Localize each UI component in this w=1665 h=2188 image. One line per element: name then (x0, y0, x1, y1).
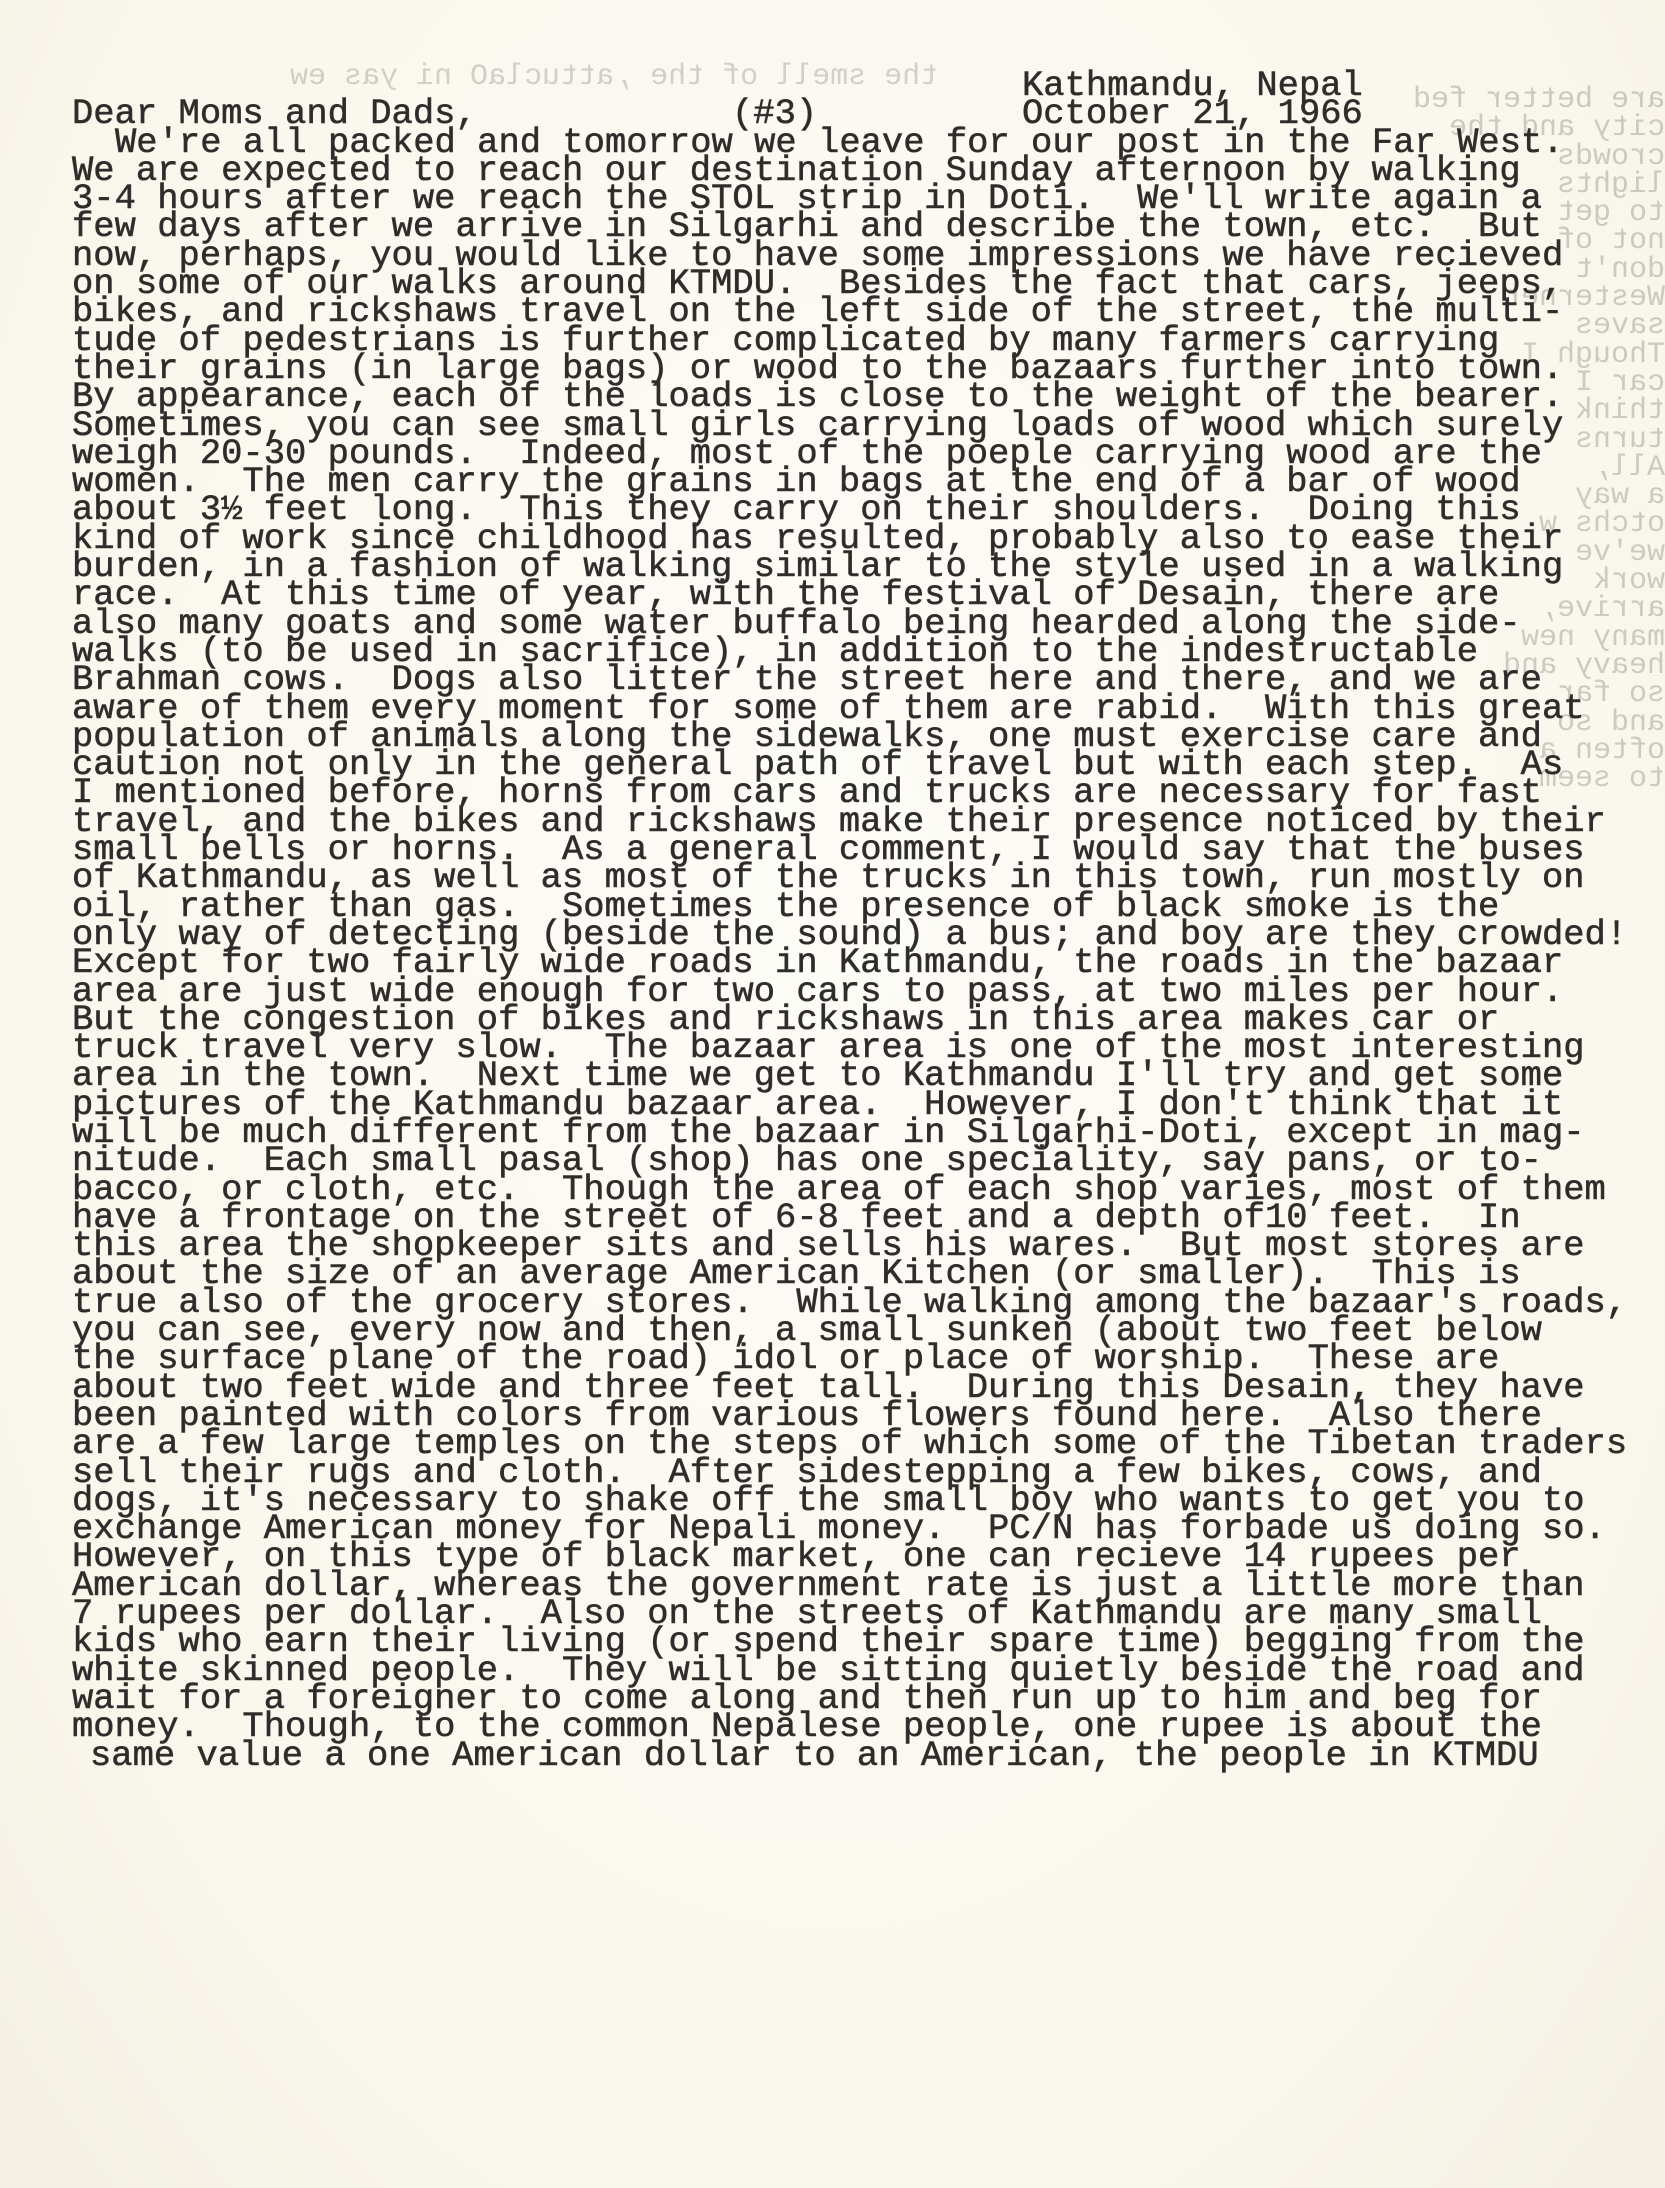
typewritten-letter: Kathmandu, Nepal Dear Moms and Dads, (#3… (72, 72, 1632, 1770)
letter-line: same value a one American dollar to an A… (72, 1742, 1632, 1770)
letter-page: the smell of the ,attuclaO ni yas ew are… (0, 0, 1665, 2188)
letter-body: We're all packed and tomorrow we leave f… (72, 129, 1632, 1770)
